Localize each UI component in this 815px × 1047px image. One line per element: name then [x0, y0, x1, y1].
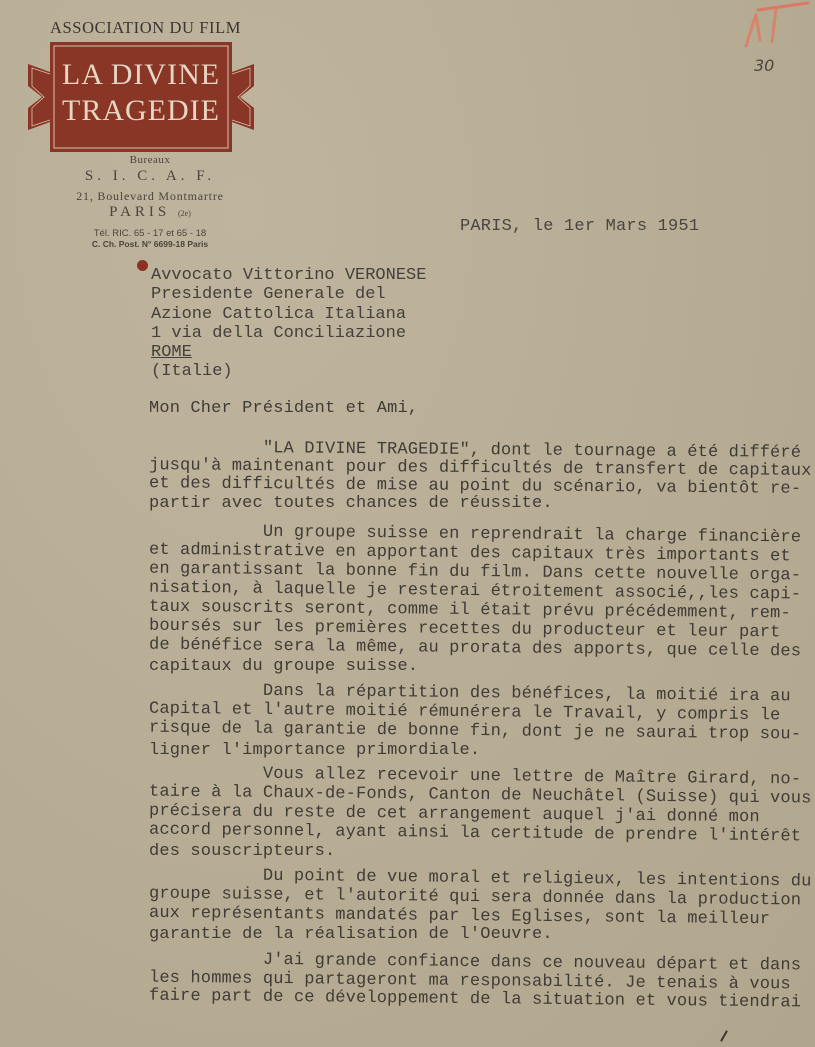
film-logo: LA DIVINE TRAGEDIE	[28, 42, 254, 152]
recipient-title: Presidente Generale del	[151, 285, 426, 304]
text-line: garantie de la réalisation de l'Oeuvre.	[149, 925, 553, 944]
recipient-block: Avvocato Vittorino VERONESEPresidente Ge…	[151, 266, 426, 382]
date-line: PARIS, le 1er Mars 1951	[460, 217, 699, 236]
recipient-name: Avvocato Vittorino VERONESE	[151, 266, 426, 285]
city-line: PARIS (2e)	[60, 204, 240, 221]
recipient-street: 1 via della Conciliazione	[151, 324, 426, 343]
text-line: partir avec toutes chances de réussite.	[149, 494, 553, 513]
text-line: ligner l'importance primordiale.	[149, 741, 480, 760]
phone-line: Tél. RIC. 65 - 17 et 65 - 18	[60, 228, 240, 239]
logo-title-line2: TRAGEDIE	[28, 94, 254, 128]
association-title: ASSOCIATION DU FILM	[50, 18, 241, 38]
recipient-city: ROME	[151, 343, 426, 362]
pen-stroke-mark	[720, 1030, 728, 1041]
bureaux-label: Bureaux	[60, 154, 240, 166]
street-address: 21, Boulevard Montmartre	[60, 189, 240, 204]
company-name: S. I. C. A. F.	[60, 168, 240, 185]
city: PARIS	[109, 204, 170, 220]
red-pencil-mark	[738, 0, 813, 55]
salutation: Mon Cher Président et Ami,	[149, 399, 418, 418]
logo-title-line1: LA DIVINE	[28, 58, 254, 92]
arrondissement: (2e)	[178, 209, 191, 218]
text-line: capitaux du groupe suisse.	[149, 657, 418, 676]
recipient-organization: Azione Cattolica Italiana	[151, 305, 426, 324]
postal-account: C. Ch. Post. N° 6699-18 Paris	[60, 239, 240, 249]
red-annotation-icon	[738, 0, 813, 50]
text-line: des souscripteurs.	[149, 842, 335, 861]
red-dot-icon	[137, 260, 148, 271]
page-number-annotation: 30	[754, 56, 774, 75]
recipient-country: (Italie)	[151, 362, 426, 381]
